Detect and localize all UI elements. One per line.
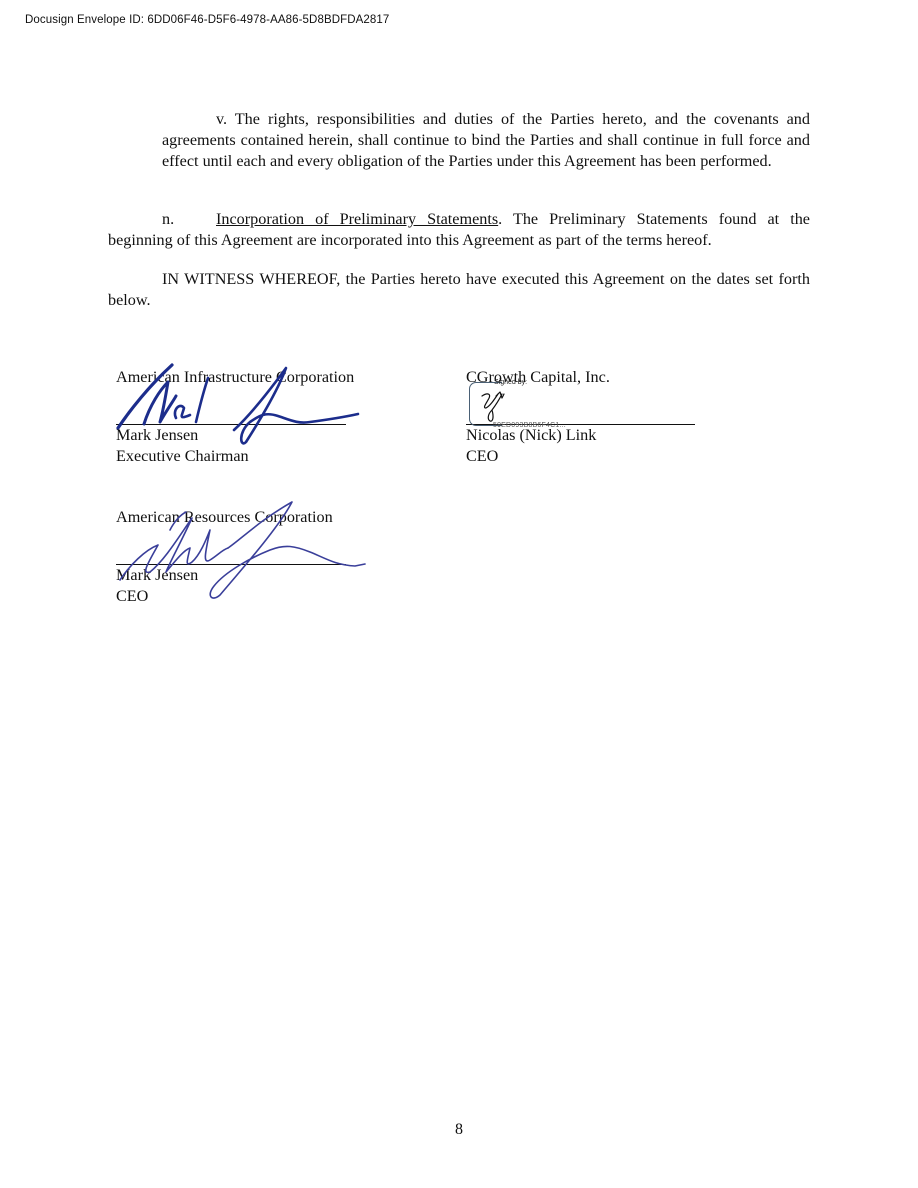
docusign-signed-by-label: Signed by: (494, 379, 527, 386)
signatory-company: American Infrastructure Corporation (116, 367, 354, 388)
page-number: 8 (0, 1121, 918, 1139)
signatory-name: Mark Jensen (116, 425, 198, 446)
witness-paragraph: IN WITNESS WHEREOF, the Parties hereto h… (108, 269, 810, 311)
signatory-company: American Resources Corporation (116, 507, 333, 528)
clause-n-title: Incorporation of Preliminary Statements (216, 210, 498, 228)
signatory-role: Executive Chairman (116, 446, 249, 467)
signatory-role: CEO (466, 446, 498, 467)
clause-v-paragraph: v. The rights, responsibilities and duti… (162, 109, 810, 172)
clause-n-number: n. (162, 209, 216, 230)
docusign-signer-id: 59ED093B8B6F4C1... (493, 422, 566, 429)
signatory-role: CEO (116, 586, 148, 607)
docusign-envelope-id: Docusign Envelope ID: 6DD06F46-D5F6-4978… (25, 14, 389, 26)
clause-n-paragraph: n.Incorporation of Preliminary Statement… (108, 209, 810, 251)
signatory-name: Mark Jensen (116, 565, 198, 586)
docusign-stamp-frame (469, 382, 502, 426)
